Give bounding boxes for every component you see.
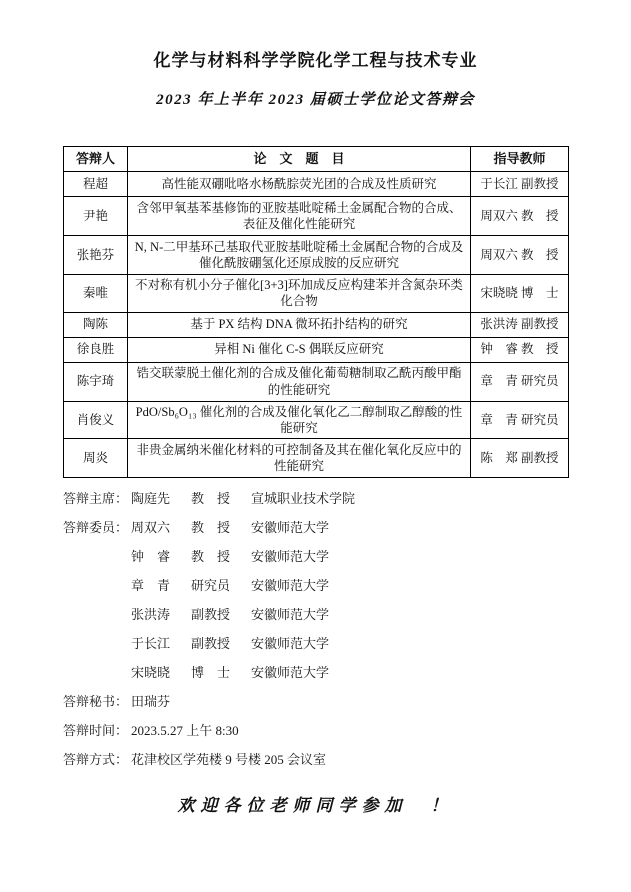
venue-value: 花津校区学苑楼 9 号楼 205 会议室: [131, 752, 326, 767]
welcome-slogan: 欢迎各位老师同学参加 ！: [63, 791, 568, 816]
member-org: 安徽师范大学: [251, 629, 329, 658]
thesis-title: PdO/Sb₆O₁₃ 催化剂的合成及催化氧化乙二醇制取乙醇酸的性能研究: [128, 401, 471, 439]
table-row: 陈宇琦 锆交联蒙脱土催化剂的合成及催化葡萄糖制取乙酰丙酸甲酯的性能研究 章 青 …: [64, 362, 569, 401]
member-org: 安徽师范大学: [251, 600, 329, 629]
thesis-title: 高性能双硼吡咯水杨酰腙荧光团的合成及性质研究: [128, 172, 471, 197]
venue-label: 答辩方式：: [63, 745, 131, 774]
defender-name: 秦唯: [64, 275, 128, 313]
defender-name: 程超: [64, 172, 128, 197]
member-line: 答辩委员：周双六教 授安徽师范大学: [63, 513, 568, 542]
member-name: 周双六: [131, 513, 177, 542]
advisor-name: 章 青 研究员: [471, 362, 569, 401]
table-row: 程超 高性能双硼吡咯水杨酰腙荧光团的合成及性质研究 于长江 副教授: [64, 172, 569, 197]
thesis-title: 含邻甲氧基苯基修饰的亚胺基吡啶稀土金属配合物的合成、表征及催化性能研究: [128, 197, 471, 236]
member-org: 安徽师范大学: [251, 542, 329, 571]
member-title: 博 士: [191, 658, 237, 687]
advisor-name: 章 青 研究员: [471, 401, 569, 439]
chair-label: 答辩主席：: [63, 484, 131, 513]
member-org: 安徽师范大学: [251, 513, 329, 542]
defender-name: 肖俊义: [64, 401, 128, 439]
thesis-title: 异相 Ni 催化 C-S 偶联反应研究: [128, 337, 471, 362]
member-org: 安徽师范大学: [251, 658, 329, 687]
member-title: 教 授: [191, 513, 237, 542]
chair-line: 答辩主席：陶庭先教 授宣城职业技术学院: [63, 484, 568, 513]
member-title: 副教授: [191, 629, 237, 658]
member-line: 宋晓晓博 士安徽师范大学: [63, 658, 568, 687]
thesis-title: 非贵金属纳米催化材料的可控制备及其在催化氧化反应中的性能研究: [128, 439, 471, 478]
secretary-label: 答辩秘书：: [63, 687, 131, 716]
thesis-title: N, N-二甲基环己基取代亚胺基吡啶稀土金属配合物的合成及催化酰胺硼氢化还原成胺…: [128, 236, 471, 275]
member-title: 教 授: [191, 542, 237, 571]
secretary-line: 答辩秘书：田瑞芬: [63, 687, 568, 716]
document-page: 化学与材料科学学院化学工程与技术专业 2023 年上半年 2023 届硕士学位论…: [0, 0, 631, 816]
member-name: 于长江: [131, 629, 177, 658]
advisor-name: 于长江 副教授: [471, 172, 569, 197]
defender-name: 陶陈: [64, 312, 128, 337]
member-org: 安徽师范大学: [251, 571, 329, 600]
advisor-name: 张洪涛 副教授: [471, 312, 569, 337]
member-line: 于长江副教授安徽师范大学: [63, 629, 568, 658]
table-row: 肖俊义 PdO/Sb₆O₁₃ 催化剂的合成及催化氧化乙二醇制取乙醇酸的性能研究 …: [64, 401, 569, 439]
table-row: 周炎 非贵金属纳米催化材料的可控制备及其在催化氧化反应中的性能研究 陈 郑 副教…: [64, 439, 569, 478]
time-value: 2023.5.27 上午 8:30: [131, 723, 239, 738]
venue-line: 答辩方式：花津校区学苑楼 9 号楼 205 会议室: [63, 745, 568, 774]
thesis-title: 基于 PX 结构 DNA 微环拓扑结构的研究: [128, 312, 471, 337]
advisor-name: 陈 郑 副教授: [471, 439, 569, 478]
defense-info-panel: 答辩主席：陶庭先教 授宣城职业技术学院 答辩委员：周双六教 授安徽师范大学 钟 …: [63, 484, 568, 774]
defender-name: 周炎: [64, 439, 128, 478]
time-line: 答辩时间：2023.5.27 上午 8:30: [63, 716, 568, 745]
defender-name: 尹艳: [64, 197, 128, 236]
defense-schedule-table: 答辩人 论 文 题 目 指导教师 程超 高性能双硼吡咯水杨酰腙荧光团的合成及性质…: [63, 146, 569, 478]
member-name: 钟 睿: [131, 542, 177, 571]
table-header-row: 答辩人 论 文 题 目 指导教师: [64, 147, 569, 172]
advisor-name: 周双六 教 授: [471, 236, 569, 275]
member-title: 研究员: [191, 571, 237, 600]
member-name: 张洪涛: [131, 600, 177, 629]
col-header-thesis-title: 论 文 题 目: [128, 147, 471, 172]
col-header-defender: 答辩人: [64, 147, 128, 172]
secretary-name: 田瑞芬: [131, 694, 170, 709]
page-title: 化学与材料科学学院化学工程与技术专业: [63, 46, 568, 71]
col-header-advisor: 指导教师: [471, 147, 569, 172]
member-name: 章 青: [131, 571, 177, 600]
defender-name: 陈宇琦: [64, 362, 128, 401]
member-line: 章 青研究员安徽师范大学: [63, 571, 568, 600]
table-row: 秦唯 不对称有机小分子催化[3+3]环加成反应构建苯并含氮杂环类化合物 宋晓晓 …: [64, 275, 569, 313]
advisor-name: 钟 睿 教 授: [471, 337, 569, 362]
member-line: 钟 睿教 授安徽师范大学: [63, 542, 568, 571]
defender-name: 徐良胜: [64, 337, 128, 362]
page-subtitle: 2023 年上半年 2023 届硕士学位论文答辩会: [63, 88, 568, 109]
defender-name: 张艳芬: [64, 236, 128, 275]
member-title: 副教授: [191, 600, 237, 629]
table-row: 尹艳 含邻甲氧基苯基修饰的亚胺基吡啶稀土金属配合物的合成、表征及催化性能研究 周…: [64, 197, 569, 236]
chair-org: 宣城职业技术学院: [251, 484, 355, 513]
table-row: 张艳芬 N, N-二甲基环己基取代亚胺基吡啶稀土金属配合物的合成及催化酰胺硼氢化…: [64, 236, 569, 275]
table-row: 徐良胜 异相 Ni 催化 C-S 偶联反应研究 钟 睿 教 授: [64, 337, 569, 362]
member-name: 宋晓晓: [131, 658, 177, 687]
thesis-title: 不对称有机小分子催化[3+3]环加成反应构建苯并含氮杂环类化合物: [128, 275, 471, 313]
chair-name: 陶庭先: [131, 484, 177, 513]
time-label: 答辩时间：: [63, 716, 131, 745]
thesis-title: 锆交联蒙脱土催化剂的合成及催化葡萄糖制取乙酰丙酸甲酯的性能研究: [128, 362, 471, 401]
table-row: 陶陈 基于 PX 结构 DNA 微环拓扑结构的研究 张洪涛 副教授: [64, 312, 569, 337]
advisor-name: 宋晓晓 博 士: [471, 275, 569, 313]
member-line: 张洪涛副教授安徽师范大学: [63, 600, 568, 629]
advisor-name: 周双六 教 授: [471, 197, 569, 236]
members-label: 答辩委员：: [63, 513, 131, 542]
chair-title: 教 授: [191, 484, 237, 513]
